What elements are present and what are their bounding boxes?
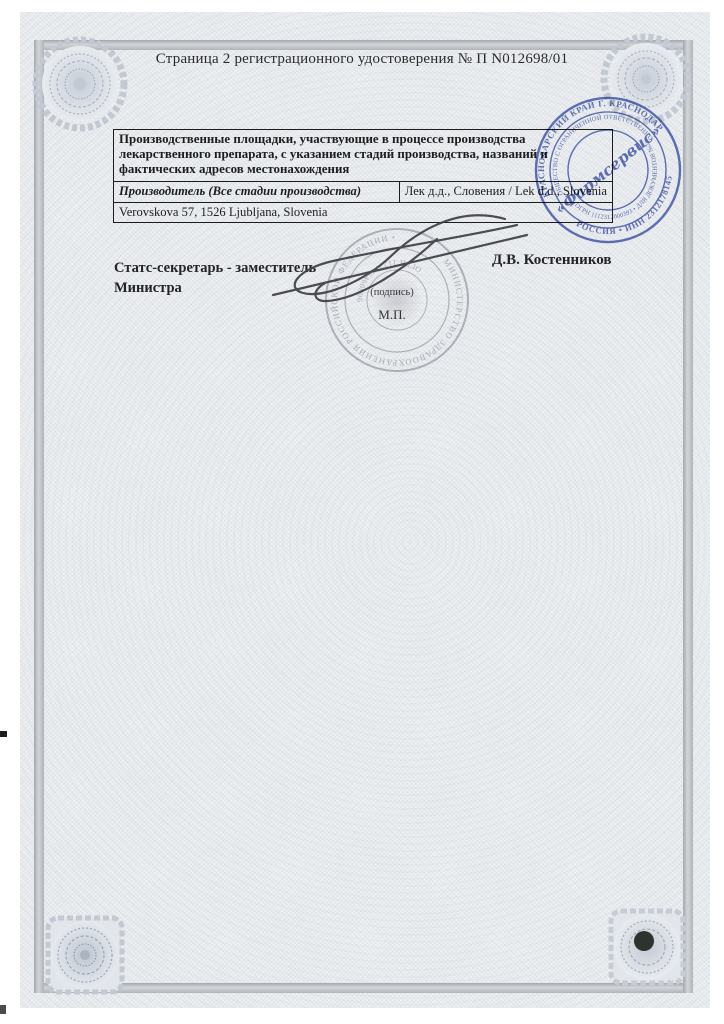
- manufacturer-label: Производитель (Все стадии производства): [114, 181, 400, 202]
- company-round-stamp: КРАСНОДАРСКИЙ КРАЙ Г. КРАСНОДАР РОССИЯ •…: [528, 90, 688, 250]
- corner-rosette-top-left: [30, 34, 130, 134]
- signature-flourish: [255, 205, 555, 323]
- frame-border-left: [34, 40, 44, 993]
- scan-edge-mark: [0, 731, 7, 737]
- corner-rosette-bottom-right: [598, 898, 698, 998]
- corner-rosette-bottom-left: [36, 906, 134, 1004]
- frame-border-top: [36, 40, 688, 50]
- punch-hole-dot: [634, 931, 654, 951]
- scan-corner-mark: [0, 1005, 6, 1014]
- page-header: Страница 2 регистрационного удостоверени…: [36, 51, 688, 68]
- scanned-certificate-page: { "document": { "page_header": "Страница…: [0, 0, 724, 1024]
